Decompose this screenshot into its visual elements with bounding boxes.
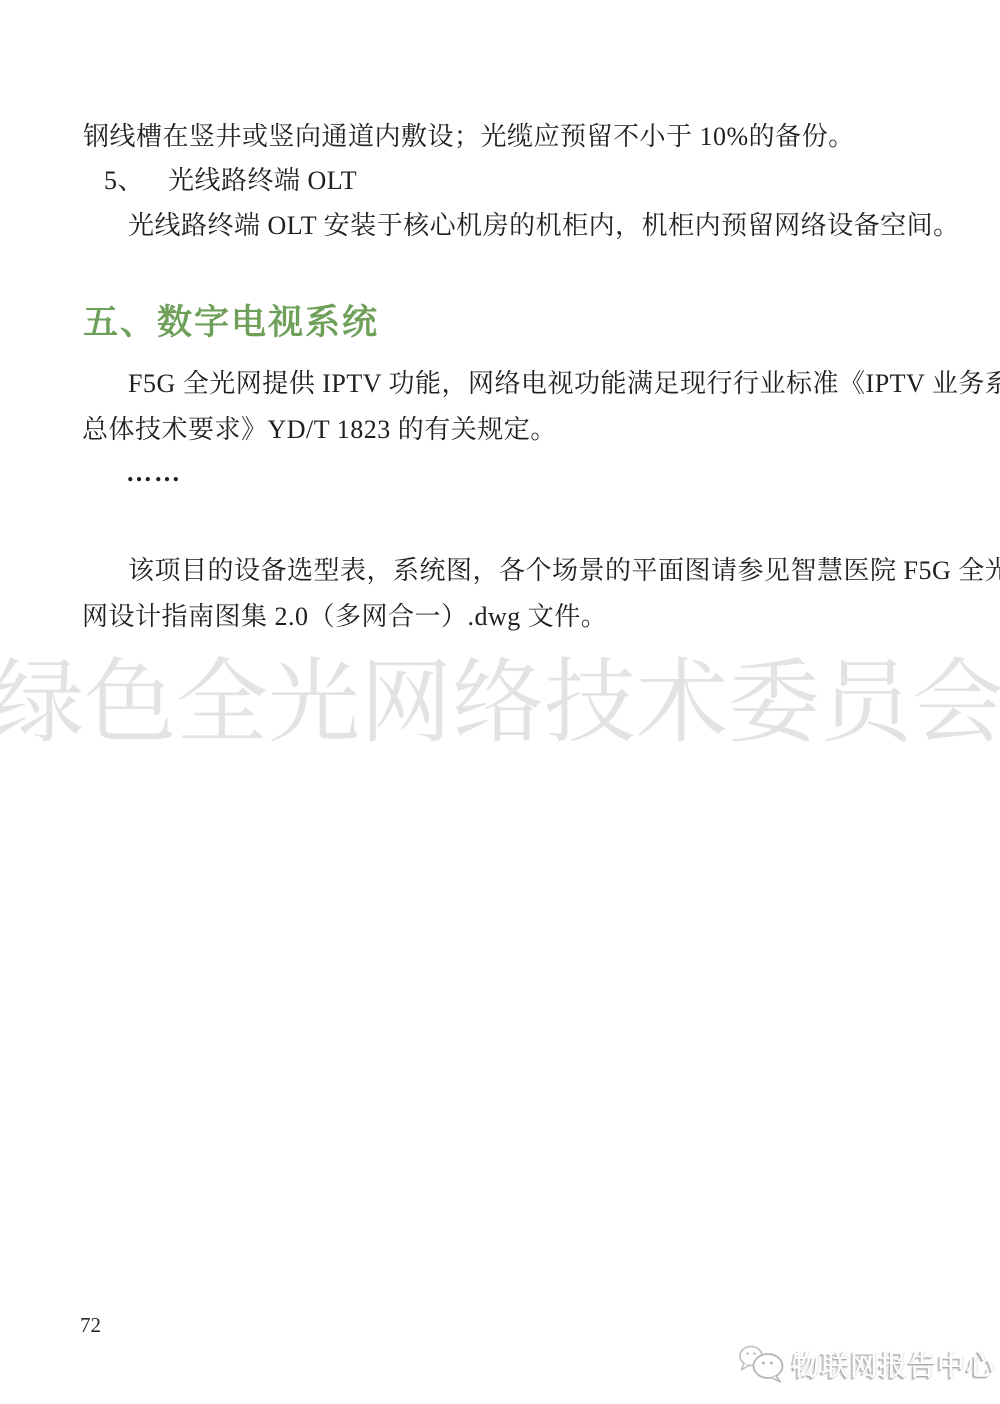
section-heading-digital-tv: 五、数字电视系统 bbox=[83, 303, 379, 343]
paragraph-olt-install: 光线路终端 OLT 安装于核心机房的机柜内，机柜内预留网络设备空间。 bbox=[128, 211, 960, 241]
list-item-olt: 5、光线路终端 OLT bbox=[104, 166, 357, 196]
paragraph-iptv-line2: 总体技术要求》YD/T 1823 的有关规定。 bbox=[82, 415, 557, 445]
paragraph-iptv-line1: F5G 全光网提供 IPTV 功能，网络电视功能满足现行行业标准《IPTV 业务… bbox=[128, 369, 1000, 399]
brand-watermark-label: 物联网报告中心 bbox=[792, 1344, 995, 1384]
document-page: 钢线槽在竖井或竖向通道内敷设；光缆应预留不小于 10%的备份。 5、光线路终端 … bbox=[0, 0, 1000, 1404]
list-item-olt-marker: 5、 bbox=[104, 166, 144, 196]
page-number: 72 bbox=[80, 1313, 101, 1338]
paragraph-reference-line2: 网设计指南图集 2.0（多网合一）.dwg 文件。 bbox=[82, 602, 607, 632]
paragraph-reference-line1: 该项目的设备选型表，系统图，各个场景的平面图请参见智慧医院 F5G 全光 bbox=[128, 556, 1000, 586]
brand-watermark: 物联网报告中心 bbox=[738, 1338, 995, 1390]
committee-watermark: 绿色全光网络技术委员会 bbox=[0, 648, 1000, 758]
wechat-bubbles-icon bbox=[738, 1343, 788, 1385]
paragraph-cable-tray: 钢线槽在竖井或竖向通道内敷设；光缆应预留不小于 10%的备份。 bbox=[83, 122, 855, 152]
ellipsis-mark: …… bbox=[126, 458, 182, 488]
list-item-olt-label: 光线路终端 OLT bbox=[168, 166, 357, 195]
